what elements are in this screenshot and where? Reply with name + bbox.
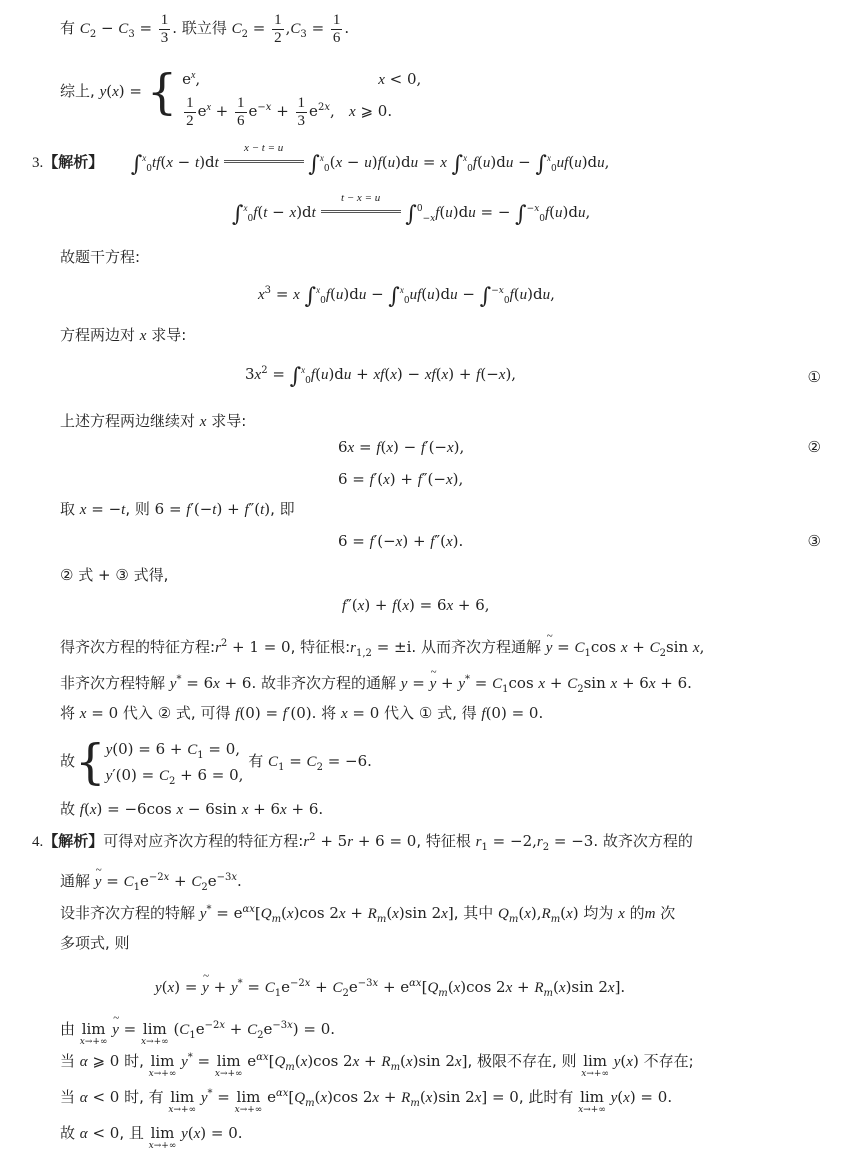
equation-2b: 6 = f′(x) + f″(−x), — [338, 470, 463, 489]
equation-number-2: ② — [808, 438, 821, 456]
equation-ode: f″(x) + f(x) = 6x + 6, — [342, 596, 490, 615]
text-jiang: 将 x = 0 代入 ② 式, 可得 f(0) = f′(0). 将 x = 0… — [60, 704, 543, 723]
text-qiudao: 方程两边对 x 求导: — [60, 326, 186, 345]
equation-3: 6 = f′(−x) + f″(x). — [338, 532, 463, 551]
equation-1: 3x2 = ∫x0f(u)du + xf(x) − xf(x) + f(−x), — [245, 364, 516, 390]
text-you-lim: 由 limx→+∞ y = limx→+∞ (C1e−2x + C2e−3x) … — [60, 1020, 335, 1047]
text-case-alpha-ge-0: 当 α ⩾ 0 时, limx→+∞ y* = limx→+∞ eαx[Qm(x… — [60, 1052, 694, 1079]
jiexi-label: 【解析】 — [43, 153, 103, 171]
text-duoxiang: 多项式, 则 — [60, 934, 130, 952]
text-feiqi: 非齐次方程特解 y* = 6x + 6. 故非齐次方程的通解 y = y + y… — [60, 674, 692, 696]
text-guti: 故题干方程: — [60, 248, 140, 266]
equation-number-3: ③ — [808, 532, 821, 550]
text-qu: 取 x = −t, 则 6 = f′(−t) + f″(t), 即 — [60, 500, 295, 519]
text-you: 有 — [60, 19, 75, 37]
equation-number-1: ① — [808, 368, 821, 386]
text-tezheng: 得齐次方程的特征方程:r2 + 1 = 0, 特征根:r1,2 = ±i. 从而… — [60, 638, 704, 660]
section-3-line-1: 3.【解析】 ∫x0tf(x − t)dt x − t = u ∫x0(x − … — [32, 148, 609, 178]
text-jixu: 上述方程两边继续对 x 求导: — [60, 412, 246, 431]
equation-general-solution: y(x) = y + y* = C1e−2x + C2e−3x + eαx[Qm… — [155, 978, 625, 1000]
text-she: 设非齐次方程的特解 y* = eαx[Qm(x)cos 2x + Rm(x)si… — [60, 904, 675, 926]
line-constants: 有 C2 − C3 = 13. 联立得 C2 = 12,C3 = 16. — [60, 12, 349, 46]
line-piecewise-y: 综上, y(x) = { ex,x < 0, 12ex + 16e−x + 13… — [60, 60, 421, 124]
equation-x3: x3 = x ∫x0f(u)du − ∫x0uf(u)du − ∫−x0f(u)… — [258, 284, 555, 310]
result-f: 故 f(x) = −6cos x − 6sin x + 6x + 6. — [60, 800, 323, 819]
equation-2: 6x = f(x) − f′(−x), — [338, 438, 464, 457]
text-tongjie: 通解 y = C1e−2x + C2e−3x. — [60, 872, 242, 894]
text-case-alpha-lt-0: 当 α < 0 时, 有 limx→+∞ y* = limx→+∞ eαx[Qm… — [60, 1088, 672, 1115]
section-3-line-2: ∫x0f(t − x)dt t − x = u ∫0−xf(u)du = − ∫… — [232, 198, 590, 228]
text-shide: ② 式 + ③ 式得, — [60, 566, 168, 584]
jiexi-label: 【解析】 — [43, 832, 103, 850]
left-brace-icon: { — [147, 64, 178, 120]
text-conclusion: 故 α < 0, 且 limx→+∞ y(x) = 0. — [60, 1124, 243, 1151]
section-4-line-1: 4.【解析】可得对应齐次方程的特征方程:r2 + 5r + 6 = 0, 特征根… — [32, 832, 693, 854]
system-initial-conditions: 故{ y(0) = 6 + C1 = 0, y′(0) = C2 + 6 = 0… — [60, 736, 372, 788]
left-brace-icon: { — [75, 734, 106, 790]
